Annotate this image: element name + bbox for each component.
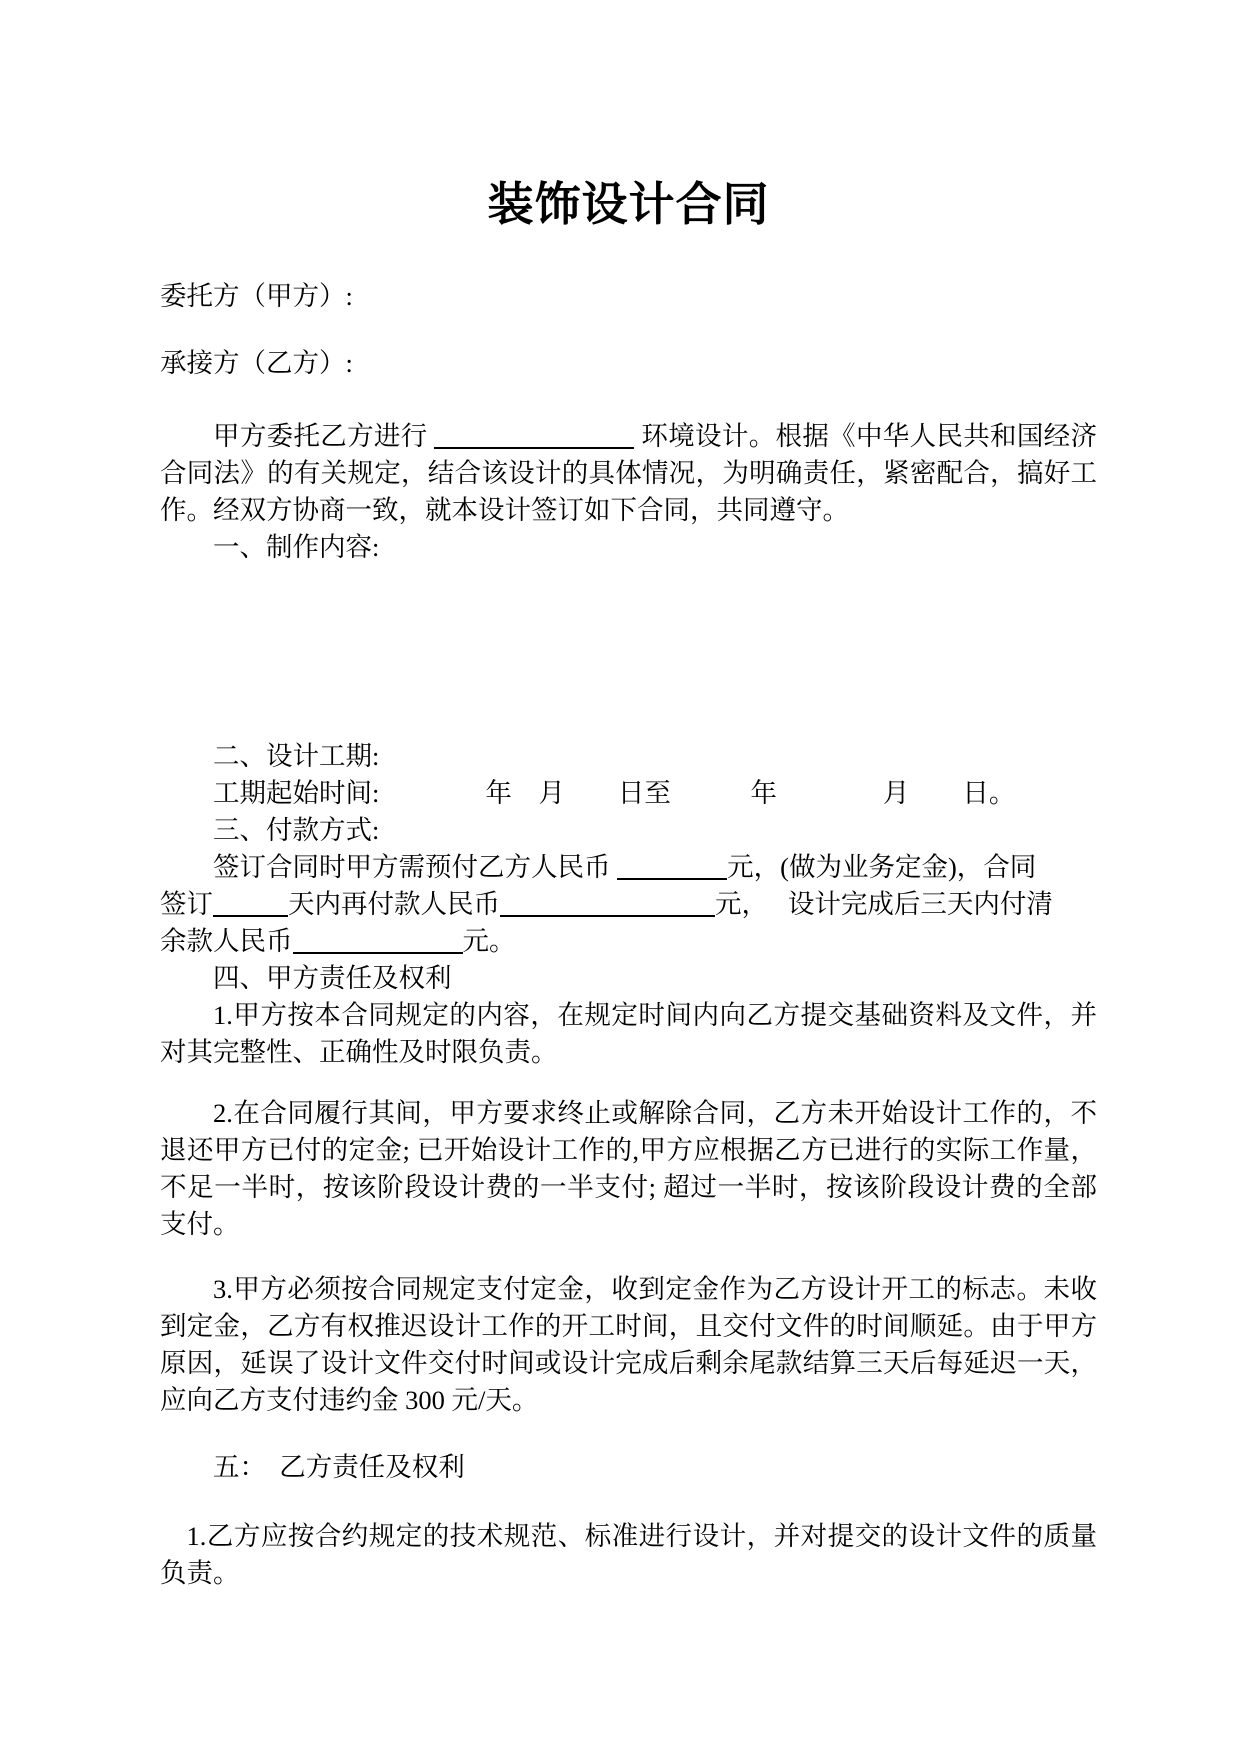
contract-document-page: 装饰设计合同 委托方（甲方）: 承接方（乙方）: 甲方委托乙方进行 环境设计。根… (0, 0, 1241, 1754)
schedule-line: 工期起始时间: 年 月 日至 年 月 日。 (160, 775, 1097, 812)
payment-line-3-text-b: 元。 (463, 926, 516, 956)
payment-line-2-text-a: 签订 (160, 889, 213, 919)
section-2-label: 二、设计工期: (213, 741, 379, 771)
section-3-label: 三、付款方式: (213, 815, 379, 845)
schedule-text: 工期起始时间: 年 月 日至 年 月 日。 (213, 778, 1015, 808)
intro-paragraph: 甲方委托乙方进行 环境设计。根据《中华人民共和国经济合同法》的有关规定，结合该设… (160, 418, 1097, 529)
party-a-line: 委托方（甲方）: (160, 278, 1097, 315)
party-b-line: 承接方（乙方）: (160, 345, 1097, 382)
payment-line-1-text-a: 签订合同时甲方需预付乙方人民币 (213, 852, 617, 882)
section-1-label: 一、制作内容: (213, 532, 379, 562)
payment-line-3-text-a: 余款人民币 (160, 926, 293, 956)
party-b-label: 承接方（乙方）: (160, 348, 353, 378)
section-4-item-3: 3.甲方必须按合同规定支付定金，收到定金作为乙方设计开工的标志。未收到定金，乙方… (160, 1271, 1097, 1419)
section-5-label: 五： 乙方责任及权利 (213, 1452, 465, 1482)
intro-text-before-blank: 甲方委托乙方进行 (213, 421, 434, 451)
payment-line-2-text-b: 天内再付款人民币 (288, 889, 500, 919)
payment-line-3: 余款人民币元。 (160, 923, 1097, 960)
section-4-label: 四、甲方责任及权利 (213, 963, 452, 993)
document-title: 装饰设计合同 (160, 176, 1097, 234)
blank-days-count[interactable] (213, 889, 288, 918)
section-4-item-2: 2.在合同履行其间，甲方要求终止或解除合同，乙方未开始设计工作的，不退还甲方已付… (160, 1095, 1097, 1243)
section-4-heading: 四、甲方责任及权利 (160, 960, 1097, 997)
blank-design-type[interactable] (434, 421, 634, 450)
blank-deposit-amount[interactable] (617, 852, 727, 881)
blank-balance-amount[interactable] (293, 926, 463, 955)
section-2-heading: 二、设计工期: (160, 738, 1097, 775)
party-a-label: 委托方（甲方）: (160, 281, 353, 311)
section-5-heading: 五： 乙方责任及权利 (160, 1449, 1097, 1486)
section-4-item-1: 1.甲方按本合同规定的内容，在规定时间内向乙方提交基础资料及文件，并对其完整性、… (160, 997, 1097, 1071)
payment-line-2-text-c: 元， 设计完成后三天内付清 (715, 889, 1053, 919)
payment-line-1-text-b: 元，(做为业务定金)，合同 (727, 852, 1036, 882)
payment-line-2: 签订天内再付款人民币元， 设计完成后三天内付清 (160, 886, 1097, 923)
blank-second-payment-amount[interactable] (500, 889, 715, 918)
section-1-heading: 一、制作内容: (160, 529, 1097, 566)
section-3-heading: 三、付款方式: (160, 812, 1097, 849)
payment-line-1: 签订合同时甲方需预付乙方人民币 元，(做为业务定金)，合同 (160, 849, 1097, 886)
section-5-item-1: 1.乙方应按合约规定的技术规范、标准进行设计，并对提交的设计文件的质量负责。 (160, 1518, 1097, 1592)
